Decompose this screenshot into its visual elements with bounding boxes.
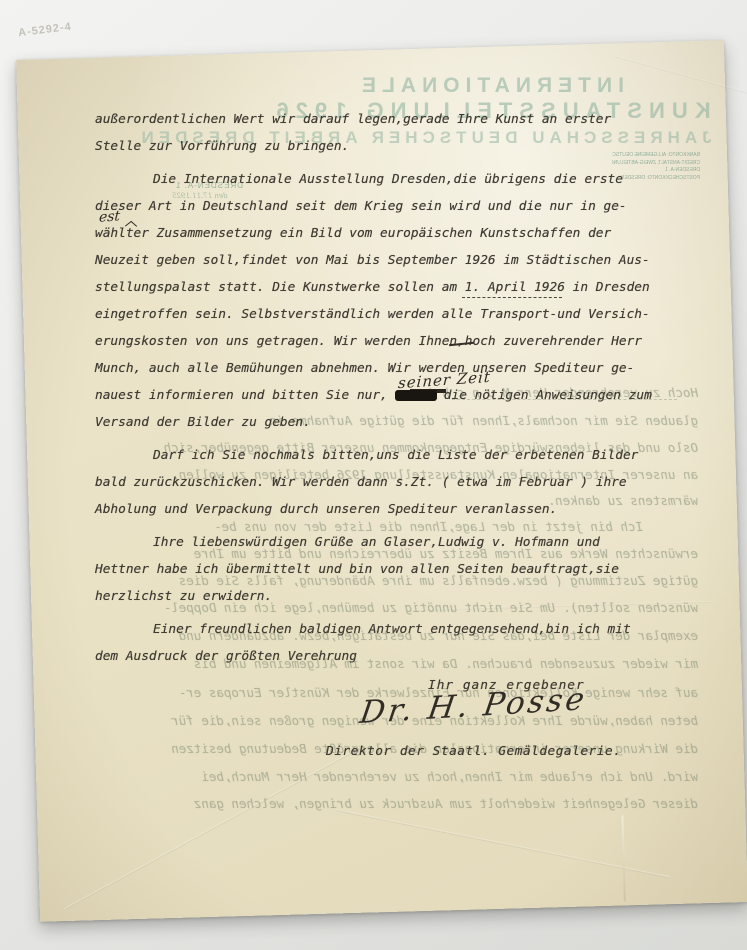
typed-line: Stelle zur Vorführung zu bringen.	[95, 139, 695, 154]
paper-crease	[64, 746, 363, 911]
typed-line: Die Internationale Ausstellung Dresden,d…	[95, 172, 695, 187]
typed-line: herzlichst zu erwidern.	[95, 589, 695, 604]
typed-line: Einer freundlichen baldigen Antwort entg…	[95, 622, 695, 637]
archival-mark: A-5292-4	[17, 21, 72, 39]
typed-line: Munch, auch alle Bemühungen abnehmen. Wi…	[95, 361, 695, 376]
typed-line-part: nauest informieren und bitten Sie nur,	[95, 388, 388, 403]
typed-line: dem Ausdruck der größten Verehrung	[95, 649, 695, 664]
typed-line: Neuzeit geben soll,findet von Mai bis Se…	[95, 253, 695, 268]
typed-line: Abholung und Verpackung durch unseren Sp…	[95, 502, 695, 517]
typed-line-with-redaction: nauest informieren und bitten Sie nur,di…	[95, 388, 695, 403]
typed-line: eingetroffen sein. Selbstverständlich we…	[95, 307, 695, 322]
typed-line: Hettner habe ich übermittelt und bin von…	[95, 562, 695, 577]
typed-line: außerordentlichen Wert wir darauf legen,…	[95, 112, 695, 127]
paper-crease	[621, 815, 625, 901]
typed-line: Darf ich Sie nochmals bitten,uns die Lis…	[95, 448, 695, 463]
typed-line: wählter Zusammensetzung ein Bild vom eur…	[95, 226, 695, 241]
typed-line: dieser Art in Deutschland seit dem Krieg…	[95, 199, 695, 214]
typed-line-part: die nötigen Anweisungen zum	[444, 388, 652, 403]
typed-line: erungskosten von uns getragen. Wir werde…	[95, 334, 695, 349]
typed-line: bald zurückzuschicken. Wir werden dann s…	[95, 475, 695, 490]
typed-line: stellungspalast statt. Die Kunstwerke so…	[95, 280, 695, 295]
signer-title: Direktor der Staatl. Gemäldegalerie.	[326, 744, 621, 759]
scan-background: A-5292-4 INTERNATIONALE KUNSTAUSSTELLUNG…	[0, 0, 747, 950]
date-dashed-underline	[462, 297, 562, 298]
paper-crease	[336, 809, 670, 878]
typed-line: Ihre liebenswürdigen Grüße an Glaser,Lud…	[95, 535, 695, 550]
handwritten-insertion-est: est	[98, 208, 120, 226]
typed-line: Versand der Bilder zu geben.	[95, 415, 695, 430]
paper-crease	[615, 55, 747, 97]
